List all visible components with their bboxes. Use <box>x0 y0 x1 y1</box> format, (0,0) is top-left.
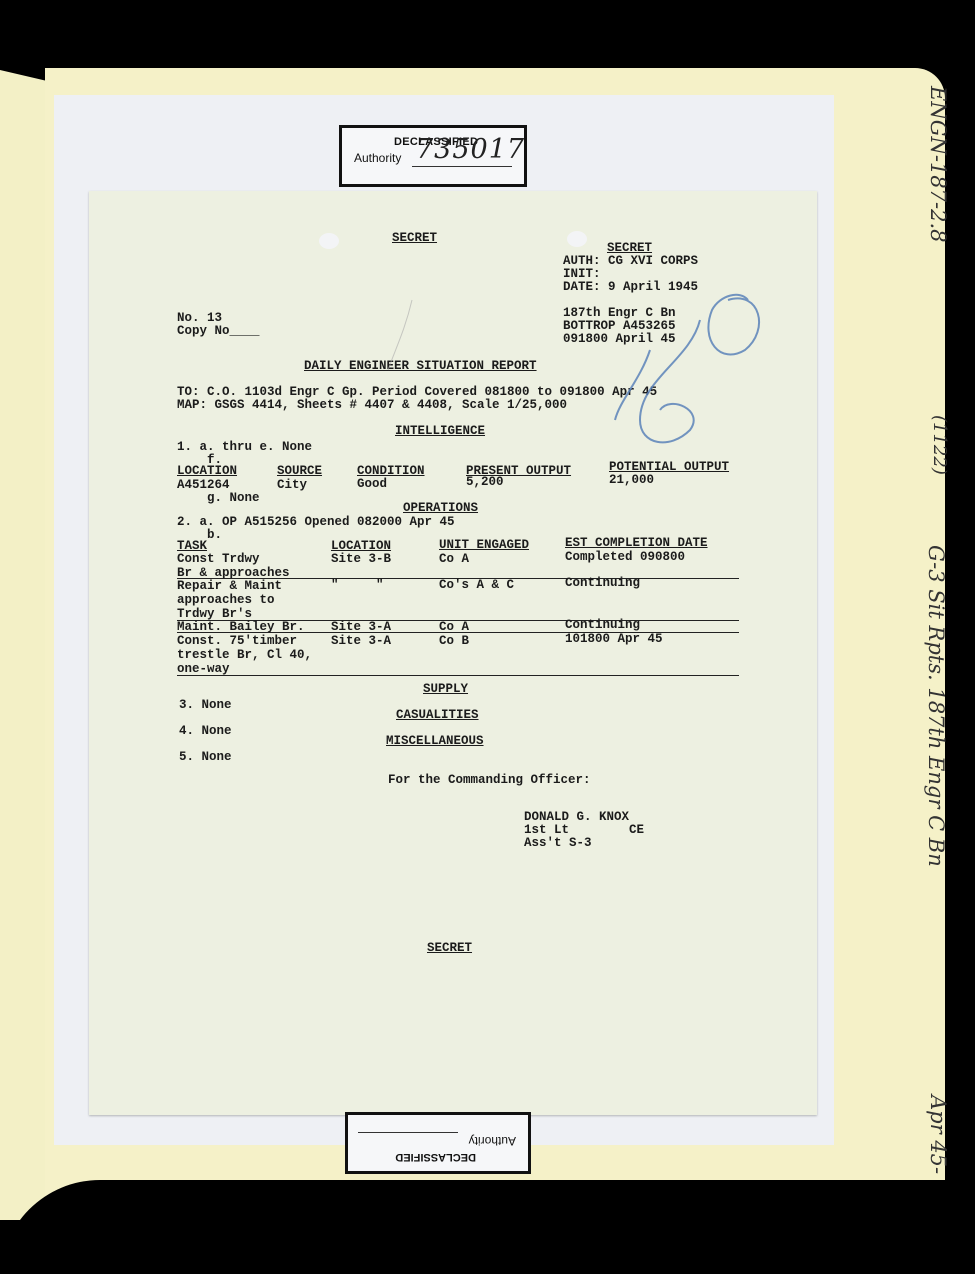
pen-annotation-scribble <box>0 0 975 1274</box>
background-edge <box>0 1180 975 1274</box>
stamp-authority-line <box>358 1132 458 1133</box>
stamp-title: DECLASSIFIED <box>395 1151 476 1163</box>
stamp-authority-label: Authority <box>469 1134 516 1148</box>
declassified-stamp-bottom: DECLASSIFIED Authority <box>345 1112 531 1174</box>
